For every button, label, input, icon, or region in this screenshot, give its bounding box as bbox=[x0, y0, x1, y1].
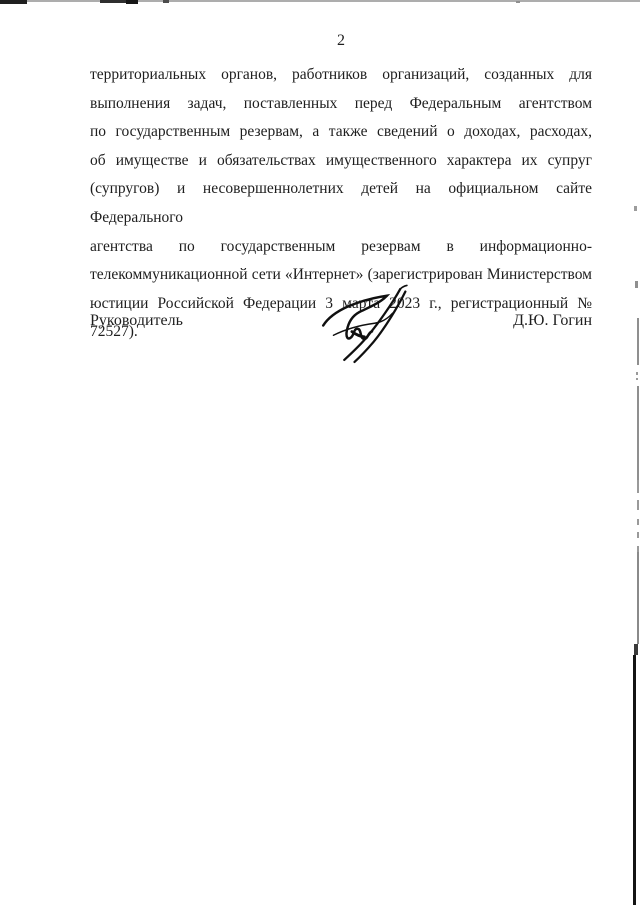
scan-artifact-right-edge bbox=[636, 378, 638, 380]
scan-artifact-right-edge bbox=[637, 386, 639, 480]
scan-artifact-right-edge bbox=[634, 644, 638, 655]
scan-artifact-right-edge bbox=[637, 318, 639, 365]
scan-artifact-right-edge bbox=[637, 532, 639, 538]
scan-artifact-right-edge bbox=[635, 281, 638, 288]
paragraph-line: об имуществе и обязательствах имуществен… bbox=[90, 147, 592, 176]
scan-artifact-top-edge bbox=[126, 0, 138, 4]
scan-artifact-right-edge bbox=[636, 372, 638, 375]
signatory-role: Руководитель bbox=[90, 312, 183, 330]
scan-artifact-right-edge bbox=[637, 552, 639, 644]
scan-artifact-right-edge bbox=[637, 480, 639, 493]
paragraph-line: (супругов) и несовершеннолетних детей на… bbox=[90, 175, 592, 232]
paragraph-line: по государственным резервам, а также све… bbox=[90, 118, 592, 147]
scan-artifact-top-edge bbox=[0, 0, 640, 2]
signatory-name: Д.Ю. Гогин bbox=[513, 312, 592, 330]
scan-artifact-right-edge bbox=[633, 655, 636, 905]
scan-artifact-right-edge bbox=[637, 519, 639, 525]
paragraph-line: выполнения задач, поставленных перед Фед… bbox=[90, 90, 592, 119]
scan-artifact-right-edge bbox=[634, 206, 637, 211]
scan-artifact-top-edge bbox=[163, 0, 169, 3]
scan-artifact-top-edge bbox=[516, 1, 520, 3]
paragraph-line: территориальных органов, работников орга… bbox=[90, 61, 592, 90]
page-number: 2 bbox=[90, 32, 592, 50]
handwritten-signature-icon bbox=[315, 283, 430, 368]
scan-artifact-top-edge bbox=[0, 0, 27, 4]
paragraph-line: агентства по государственным резервам в … bbox=[90, 233, 592, 262]
document-page: 2 территориальных органов, работников ор… bbox=[0, 0, 640, 905]
scan-artifact-right-edge bbox=[637, 500, 639, 510]
